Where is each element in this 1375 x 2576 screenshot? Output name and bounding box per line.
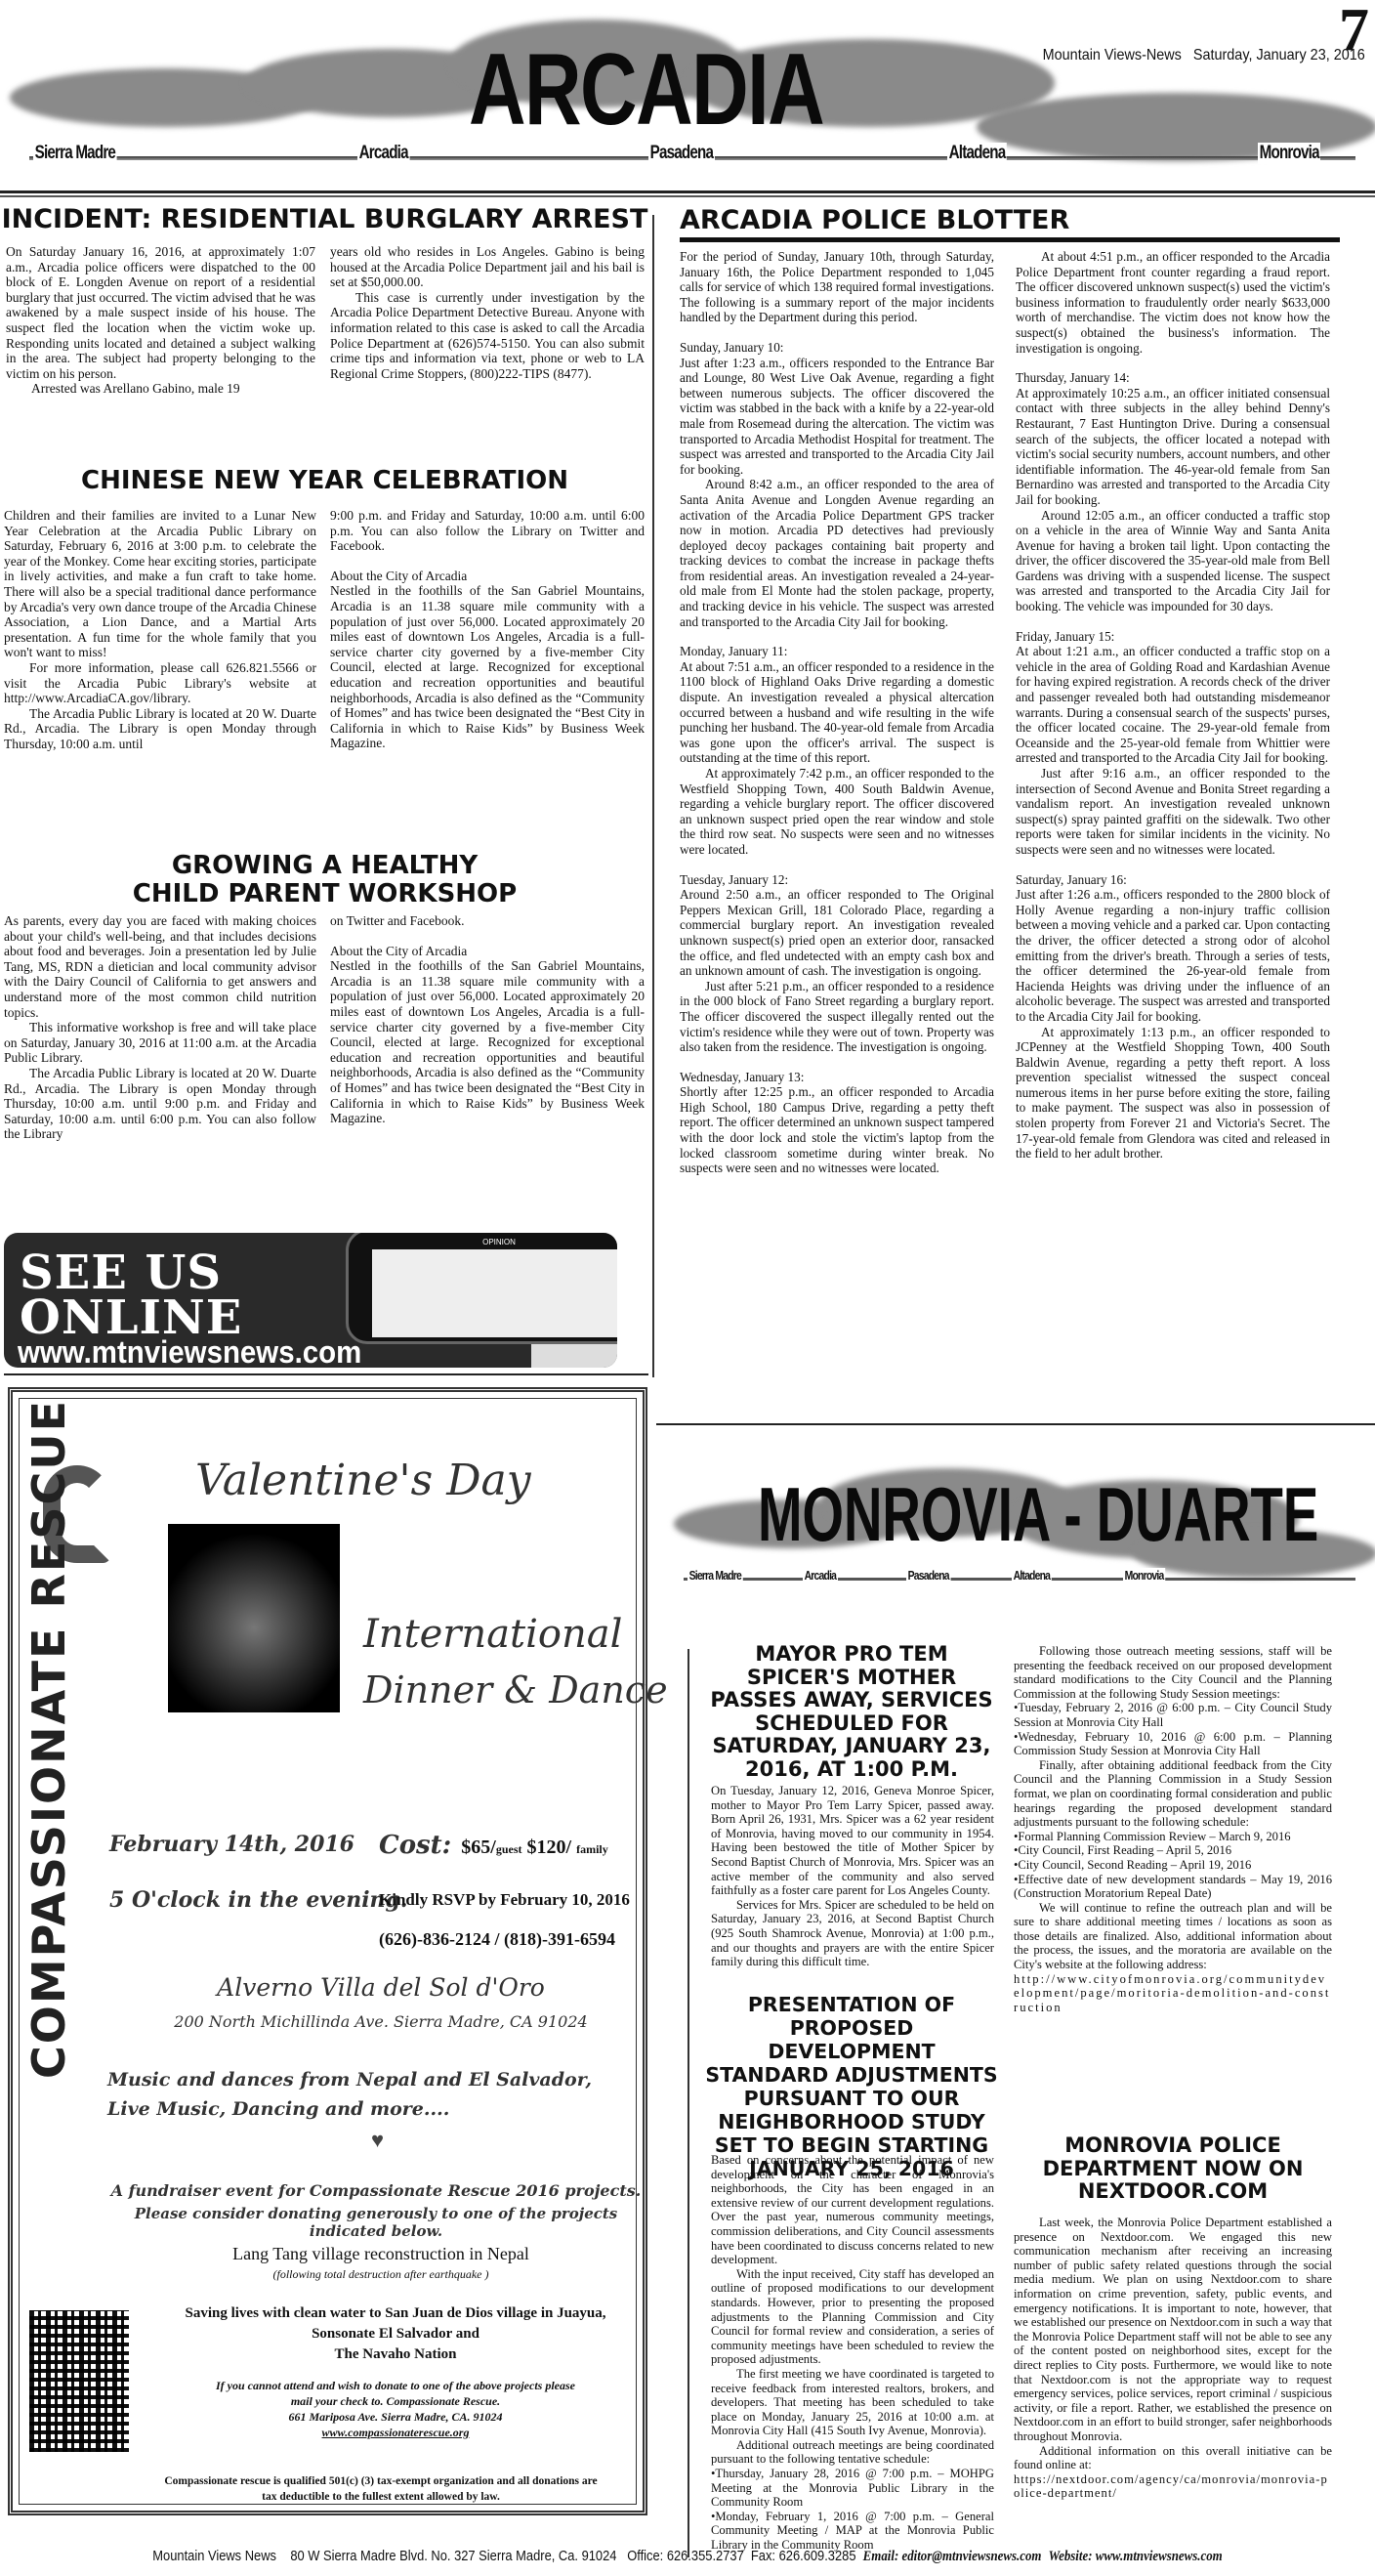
ad-subtitle: Dinner & Dance bbox=[363, 1668, 668, 1711]
ad-subtitle: International bbox=[363, 1612, 622, 1657]
page-footer: Mountain Views News 80 W Sierra Madre Bl… bbox=[97, 2548, 1279, 2565]
dateline: Mountain Views-News Saturday, January 23… bbox=[1043, 47, 1365, 64]
town-label: Sierra Madre bbox=[33, 143, 117, 164]
article-column: years old who resides in Los Angeles. Ga… bbox=[330, 244, 645, 381]
article-headline: GROWING A HEALTHY CHILD PARENT WORKSHOP bbox=[0, 852, 649, 908]
ad-music: Music and dances from Nepal and El Salva… bbox=[107, 2065, 635, 2124]
tax-note: Compassionate rescue is qualified 501(c)… bbox=[107, 2473, 654, 2505]
blotter-column-1: For the period of Sunday, January 10th, … bbox=[680, 249, 994, 1176]
heart-icon: ♥ bbox=[371, 2128, 384, 2153]
section-title: MONROVIA - DUARTE bbox=[758, 1470, 1318, 1559]
article-column: 9:00 p.m. and Friday and Saturday, 10:00… bbox=[330, 508, 645, 751]
article-column: On Tuesday, January 12, 2016, Geneva Mon… bbox=[711, 1784, 994, 1969]
article-headline: MONROVIA POLICE DEPARTMENT NOW ON NEXTDO… bbox=[1014, 2134, 1332, 2204]
city-website-link[interactable]: http://www.cityofmonrovia.org/communityd… bbox=[1014, 1972, 1332, 2015]
ad-website-link[interactable]: www.compassionaterescue.org bbox=[146, 2425, 645, 2440]
ad-title: Valentine's Day bbox=[195, 1456, 531, 1505]
event-time: 5 O'clock in the evening. bbox=[109, 1887, 408, 1913]
blotter-column-2: At about 4:51 p.m., an officer responded… bbox=[1016, 249, 1330, 1161]
arcadia-masthead: ARCADIA Sierra Madre Arcadia Pasadena Al… bbox=[0, 0, 1375, 186]
venue: Alverno Villa del Sol d'Oro bbox=[117, 1973, 645, 2002]
article-column: on Twitter and Facebook. About the City … bbox=[330, 913, 645, 1126]
article-headline: MAYOR PRO TEM SPICER'S MOTHER PASSES AWA… bbox=[705, 1643, 998, 1781]
divider bbox=[4, 1373, 648, 1375]
ad-headline: SEE USONLINE bbox=[20, 1250, 242, 1340]
rsvp: Kindly RSVP by February 10, 2016 bbox=[379, 1890, 630, 1910]
event-date: February 14th, 2016 bbox=[109, 1832, 354, 1857]
project: Lang Tang village reconstruction in Nepa… bbox=[127, 2244, 635, 2264]
nextdoor-link[interactable]: https://nextdoor.com/agency/ca/monrovia/… bbox=[1014, 2472, 1332, 2501]
article-column: Based on concerns about the potential im… bbox=[711, 2153, 994, 2553]
article-headline: CHINESE NEW YEAR CELEBRATION bbox=[0, 467, 649, 495]
article-column: On Saturday January 16, 2016, at approxi… bbox=[6, 244, 315, 397]
column-rule bbox=[652, 215, 654, 1377]
venue-address: 200 North Michillinda Ave. Sierra Madre,… bbox=[117, 2012, 645, 2031]
fundraiser-line: A fundraiser event for Compassionate Res… bbox=[107, 2181, 645, 2200]
article-column: Children and their families are invited … bbox=[4, 508, 316, 752]
town-label: Monrovia bbox=[1258, 143, 1320, 164]
article-headline: ARCADIA POLICE BLOTTER bbox=[680, 205, 1340, 242]
article-column: Following those outreach meeting session… bbox=[1014, 1644, 1332, 2014]
column-rule bbox=[687, 1649, 689, 2557]
town-label: Pasadena bbox=[648, 143, 715, 164]
divider bbox=[0, 190, 1375, 197]
rsvp-phones: (626)-836-2124 / (818)-391-6594 bbox=[379, 1929, 615, 1950]
earth-heart-image bbox=[168, 1524, 340, 1712]
footer-email[interactable]: Email: editor@mtnviewsnews.com bbox=[863, 2549, 1042, 2564]
monrovia-masthead: MONROVIA - DUARTE Sierra Madre Arcadia P… bbox=[664, 1441, 1375, 1597]
see-us-online-ad[interactable]: SEE USONLINE www.mtnviewsnews.com OPINIO… bbox=[4, 1233, 617, 1368]
project: Saving lives with clean water to San Jua… bbox=[146, 2303, 645, 2365]
website-link[interactable]: www.mtnviewsnews.com bbox=[18, 1334, 361, 1368]
fundraiser-line: Please consider donating generously to o… bbox=[107, 2205, 645, 2240]
footer-website[interactable]: Website: www.mtnviewsnews.com bbox=[1049, 2549, 1223, 2564]
vertical-brand: COMPASSIONATE RESCUE bbox=[20, 1465, 78, 2012]
article-column: As parents, every day you are faced with… bbox=[4, 913, 316, 1142]
divider bbox=[656, 1423, 1375, 1425]
town-label: Altadena bbox=[947, 143, 1007, 164]
donate-info: If you cannot attend and wish to donate … bbox=[146, 2378, 645, 2440]
event-cost: Cost: $65/guest $120/ family bbox=[379, 1831, 608, 1860]
article-column: Last week, the Monrovia Police Departmen… bbox=[1014, 2216, 1332, 2501]
project-note: (following total destruction after earth… bbox=[127, 2267, 635, 2282]
town-label: Arcadia bbox=[357, 143, 409, 164]
section-title: ARCADIA bbox=[469, 39, 823, 141]
article-headline: INCIDENT: RESIDENTIAL BURGLARY ARREST bbox=[0, 205, 649, 234]
qr-code-icon[interactable] bbox=[29, 2310, 129, 2452]
phone-graphic: OPINION bbox=[346, 1233, 617, 1344]
